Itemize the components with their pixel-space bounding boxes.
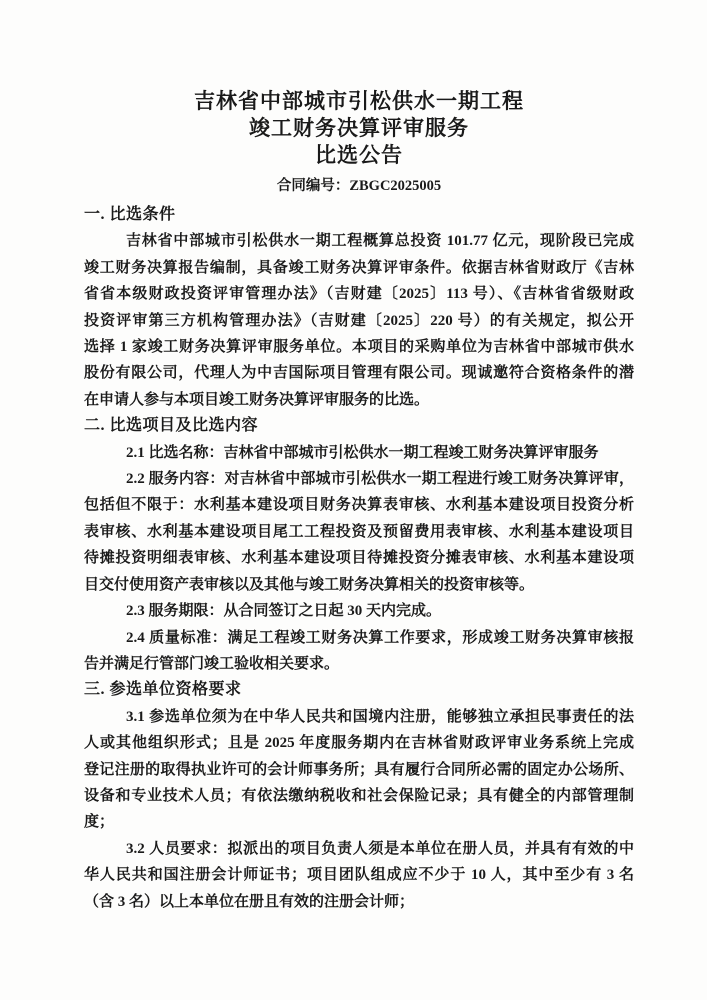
section2-item-2-1: 2.1 比选名称：吉林省中部城市引松供水一期工程竣工财务决算评审服务 bbox=[84, 440, 634, 466]
text-line: 在申请人参与本项目竣工财务决算评审服务的比选。 bbox=[84, 387, 634, 413]
text-line: 2.3 服务期限：从合同签订之日起 30 天内完成。 bbox=[84, 598, 634, 624]
document-content: 吉林省中部城市引松供水一期工程 竣工财务决算评审服务 比选公告 合同编号：ZBG… bbox=[0, 0, 707, 915]
section1-heading: 一. 比选条件 bbox=[84, 202, 634, 228]
text-line: 人或其他组织形式；且是 2025 年度服务期内在吉林省财政评审业务系统上完成 bbox=[84, 730, 634, 756]
document-page: 吉林省中部城市引松供水一期工程 竣工财务决算评审服务 比选公告 合同编号：ZBG… bbox=[0, 0, 707, 1000]
text-line: 2.4 质量标准：满足工程竣工财务决算工作要求，形成竣工财务决算审核报 bbox=[84, 625, 634, 651]
text-line: 华人民共和国注册会计师证书；项目团队组成应不少于 10 人，其中至少有 3 名 bbox=[84, 862, 634, 888]
text-line: 投资评审第三方机构管理办法》（吉财建〔2025〕220 号）的有关规定，拟公开 bbox=[84, 308, 634, 334]
contract-number: 合同编号：ZBGC2025005 bbox=[84, 173, 634, 199]
text-line: 竣工财务决算报告编制，具备竣工财务决算评审条件。依据吉林省财政厅《吉林 bbox=[84, 255, 634, 281]
text-line: 省省本级财政投资评审管理办法》（吉财建〔2025〕113 号）、《吉林省省级财政 bbox=[84, 281, 634, 307]
text-line: 2.2 服务内容：对吉林省中部城市引松供水一期工程进行竣工财务决算评审， bbox=[84, 466, 634, 492]
section2-item-2-2: 2.2 服务内容：对吉林省中部城市引松供水一期工程进行竣工财务决算评审，包括但不… bbox=[84, 466, 634, 598]
section2-heading: 二. 比选项目及比选内容 bbox=[84, 413, 634, 439]
text-line: 设备和专业技术人员；有依法缴纳税收和社会保险记录；具有健全的内部管理制 bbox=[84, 783, 634, 809]
text-line: 3.2 人员要求：拟派出的项目负责人须是本单位在册人员，并具有有效的中 bbox=[84, 836, 634, 862]
text-line: 3.1 参选单位须为在中华人民共和国境内注册，能够独立承担民事责任的法 bbox=[84, 704, 634, 730]
text-line: 包括但不限于：水利基本建设项目财务决算表审核、水利基本建设项目投资分析 bbox=[84, 492, 634, 518]
text-line: 待摊投资明细表审核、水利基本建设项目待摊投资分摊表审核、水利基本建设项 bbox=[84, 545, 634, 571]
section3-item-3-2: 3.2 人员要求：拟派出的项目负责人须是本单位在册人员，并具有有效的中华人民共和… bbox=[84, 836, 634, 915]
section3-heading: 三. 参选单位资格要求 bbox=[84, 677, 634, 703]
section2-item-2-4: 2.4 质量标准：满足工程竣工财务决算工作要求，形成竣工财务决算审核报告并满足行… bbox=[84, 625, 634, 678]
text-line: 目交付使用资产表审核以及其他与竣工财务决算相关的投资审核等。 bbox=[84, 572, 634, 598]
text-line: 吉林省中部城市引松供水一期工程概算总投资 101.77 亿元，现阶段已完成 bbox=[84, 228, 634, 254]
text-line: 表审核、水利基本建设项目尾工工程投资及预留费用表审核、水利基本建设项目 bbox=[84, 519, 634, 545]
text-line: 登记注册的取得执业许可的会计师事务所；具有履行合同所必需的固定办公场所、 bbox=[84, 757, 634, 783]
document-title: 吉林省中部城市引松供水一期工程 竣工财务决算评审服务 比选公告 bbox=[84, 88, 634, 169]
text-line: （含 3 名）以上本单位在册且有效的注册会计师； bbox=[84, 889, 634, 915]
text-line: 2.1 比选名称：吉林省中部城市引松供水一期工程竣工财务决算评审服务 bbox=[84, 440, 634, 466]
text-line: 股份有限公司，代理人为中吉国际项目管理有限公司。现诚邀符合资格条件的潜 bbox=[84, 360, 634, 386]
document-body: 一. 比选条件 吉林省中部城市引松供水一期工程概算总投资 101.77 亿元，现… bbox=[84, 202, 634, 915]
section2-item-2-3: 2.3 服务期限：从合同签订之日起 30 天内完成。 bbox=[84, 598, 634, 624]
text-line: 告并满足行管部门竣工验收相关要求。 bbox=[84, 651, 634, 677]
text-line: 度； bbox=[84, 809, 634, 835]
section1-paragraph: 吉林省中部城市引松供水一期工程概算总投资 101.77 亿元，现阶段已完成竣工财… bbox=[84, 228, 634, 413]
section3-item-3-1: 3.1 参选单位须为在中华人民共和国境内注册，能够独立承担民事责任的法人或其他组… bbox=[84, 704, 634, 836]
text-line: 选择 1 家竣工财务决算评审服务单位。本项目的采购单位为吉林省中部城市供水 bbox=[84, 334, 634, 360]
